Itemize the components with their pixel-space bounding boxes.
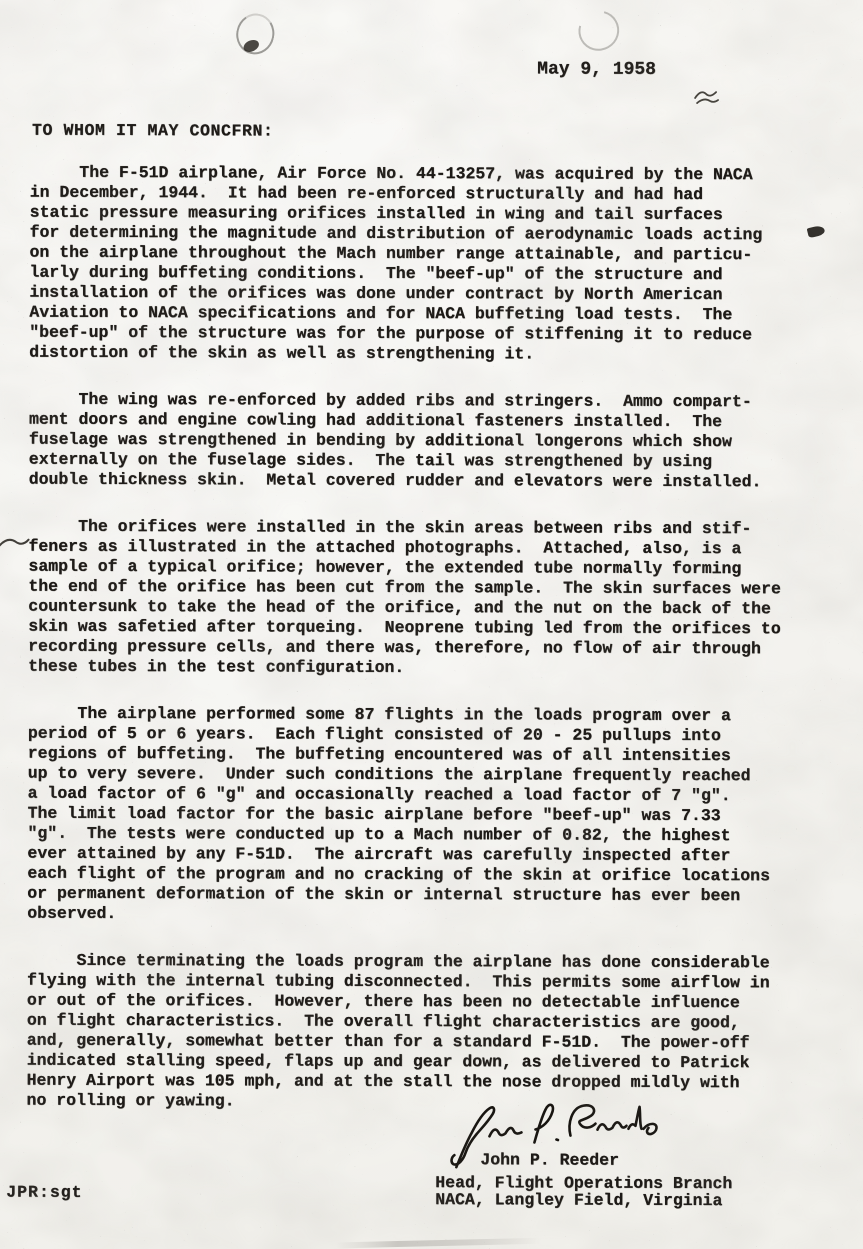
text-line: period of 5 or 6 years. Each flight cons… <box>28 724 838 747</box>
paragraph-2: The wing was re-enforced by added ribs a… <box>29 390 839 493</box>
text-line: The orifices were installed in the skin … <box>29 517 839 540</box>
text-line: on the airplane throughout the Mach numb… <box>30 243 840 266</box>
letter-body: The F-51D airplane, Air Force No. 44-132… <box>26 163 839 1141</box>
text-line: Since terminating the loads program the … <box>27 951 837 974</box>
text-line: fuselage was strengthened in bending by … <box>29 430 839 453</box>
paragraph-1: The F-51D airplane, Air Force No. 44-132… <box>29 163 840 366</box>
paragraph-5: Since terminating the loads program the … <box>27 951 838 1114</box>
text-line: The limit load factor for the basic airp… <box>28 804 838 827</box>
text-line: Henry Airport was 105 mph, and at the st… <box>27 1071 837 1094</box>
text-line: installation of the orifices was done un… <box>29 283 839 306</box>
text-line: "beef-up" of the structure was for the p… <box>29 323 839 346</box>
text-line: these tubes in the test configuration. <box>28 657 838 680</box>
text-line: no rolling or yawing. <box>27 1091 837 1114</box>
text-line: feners as illustrated in the attached ph… <box>28 537 838 560</box>
text-line: or permanent deformation of the skin or … <box>27 884 837 907</box>
text-line: ment doors and engine cowling had additi… <box>29 410 839 433</box>
text-line: for determining the magnitude and distri… <box>30 223 840 246</box>
text-line: each flight of the program and no cracki… <box>27 864 837 887</box>
text-line: a load factor of 6 "g" and occasionally … <box>28 784 838 807</box>
text-line: skin was safetied after torqueing. Neopr… <box>28 617 838 640</box>
salutation: TO WHOM IT MAY CONCFRN: <box>32 121 274 141</box>
text-line: flying with the internal tubing disconne… <box>27 971 837 994</box>
smudge-circle-mark-2 <box>571 3 626 58</box>
text-line: The airplane performed some 87 flights i… <box>28 704 838 727</box>
text-line: ever attained by any F-51D. The aircraft… <box>27 844 837 867</box>
text-line: recording pressure cells, and there was,… <box>28 637 838 660</box>
text-line: "g". The tests were conducted up to a Ma… <box>27 824 837 847</box>
text-line: Aviation to NACA specifications and for … <box>29 303 839 326</box>
text-line: sample of a typical orifice; however, th… <box>28 557 838 580</box>
signature-typed-name: John P. Reeder <box>480 1150 619 1169</box>
text-line: in December, 1944. It had been re-enforc… <box>30 183 840 206</box>
paragraph-3: The orifices were installed in the skin … <box>28 517 839 680</box>
margin-tick-mark <box>0 537 31 551</box>
text-line: countersunk to take the head of the orif… <box>28 597 838 620</box>
text-line: The F-51D airplane, Air Force No. 44-132… <box>30 163 840 186</box>
text-line: observed. <box>27 904 837 927</box>
scan-streak-mark <box>336 1238 541 1249</box>
scanned-letter-page: May 9, 1958 TO WHOM IT MAY CONCFRN: The … <box>0 0 863 1249</box>
text-line: distortion of the skin as well as streng… <box>29 343 839 366</box>
pencil-scribble-mark <box>692 85 722 109</box>
text-line: indicated stalling speed, flaps up and g… <box>27 1051 837 1074</box>
text-line: static pressure measuring orifices insta… <box>30 203 840 226</box>
text-line: The wing was re-enforced by added ribs a… <box>29 390 839 413</box>
date-line: May 9, 1958 <box>537 59 656 79</box>
letter-content: May 9, 1958 TO WHOM IT MAY CONCFRN: The … <box>0 0 863 1249</box>
smudge-circle-mark <box>232 10 278 58</box>
signature-organization: NACA, Langley Field, Virginia <box>435 1190 722 1210</box>
text-line: externally on the fuselage sides. The ta… <box>29 450 839 473</box>
text-line: on flight characteristics. The overall f… <box>27 1011 837 1034</box>
text-line: regions of buffeting. The buffeting enco… <box>28 744 838 767</box>
paragraph-4: The airplane performed some 87 flights i… <box>27 704 838 927</box>
text-line: and, generally, somewhat better than for… <box>27 1031 837 1054</box>
text-line: up to very severe. Under such conditions… <box>28 764 838 787</box>
text-line: larly during buffeting conditions. The "… <box>29 263 839 286</box>
text-line: double thickness skin. Metal covered rud… <box>29 470 839 493</box>
text-line: or out of the orifices. However, there h… <box>27 991 837 1014</box>
text-line: the end of the orifice has been cut from… <box>28 577 838 600</box>
typist-reference: JPR:sgt <box>6 1183 82 1202</box>
